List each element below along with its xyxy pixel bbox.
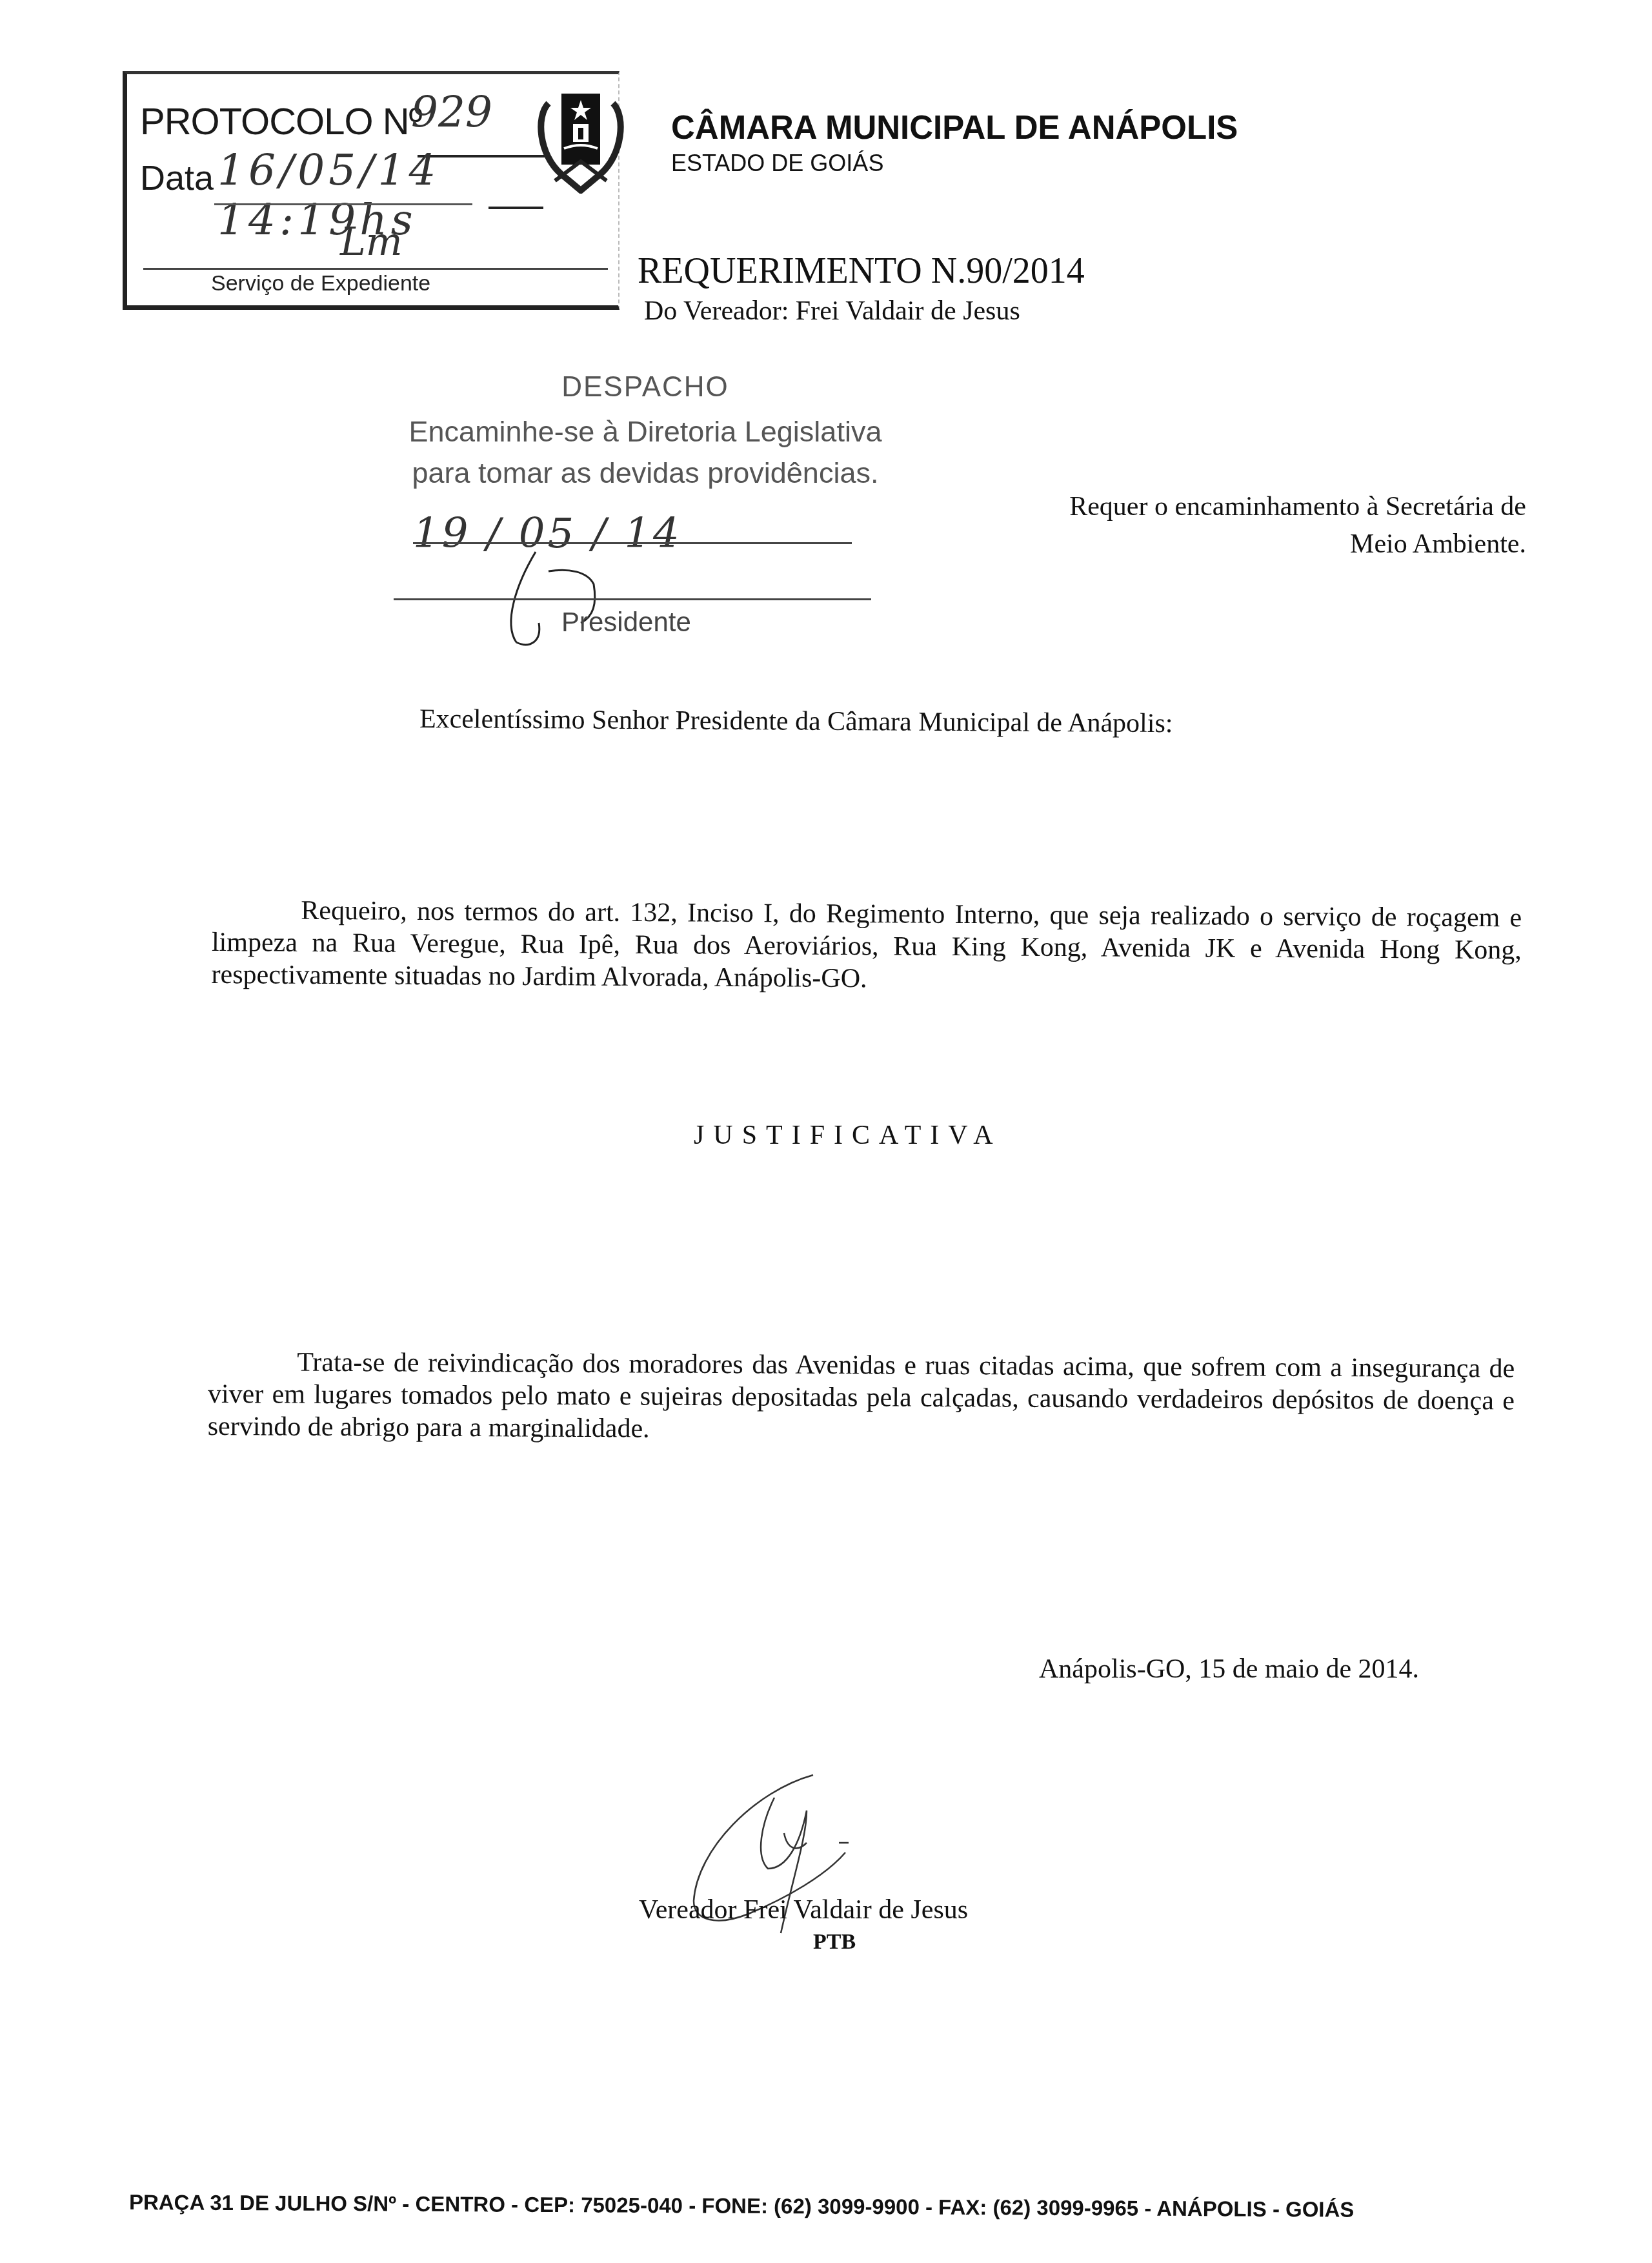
- summary-line-1: Requer o encaminhamento à Secretária de: [942, 488, 1526, 525]
- stamp-initials: Lm: [340, 219, 403, 265]
- coat-of-arms-icon: [536, 84, 626, 194]
- service-label: Serviço de Expediente: [211, 271, 430, 296]
- despacho-signature-line: [394, 598, 871, 600]
- justification-heading: JUSTIFICATIVA: [694, 1120, 1002, 1151]
- despacho-stamp: DESPACHO Encaminhe-se à Diretoria Legisl…: [361, 371, 929, 490]
- place-date: Anápolis-GO, 15 de maio de 2014.: [1039, 1654, 1419, 1685]
- institution-state: ESTADO DE GOIÁS: [671, 150, 883, 177]
- request-body-text: Requeiro, nos termos do art. 132, Inciso…: [212, 896, 1522, 993]
- stamp-signature-line: [143, 268, 608, 270]
- despacho-date-line: [413, 542, 852, 544]
- date-label: Data: [140, 158, 214, 198]
- request-body: Requeiro, nos termos do art. 132, Inciso…: [212, 894, 1522, 999]
- despacho-president-label: Presidente: [561, 607, 691, 638]
- footer-address: PRAÇA 31 DE JULHO S/Nº - CENTRO - CEP: 7…: [129, 2190, 1355, 2222]
- summary-line-2: Meio Ambiente.: [942, 525, 1526, 563]
- protocol-label: PROTOCOLO Nº: [140, 100, 422, 143]
- stamp-date-value: 16/05/14: [217, 145, 439, 195]
- time-underline: [489, 207, 543, 209]
- despacho-line-2: para tomar as devidas providências.: [361, 456, 929, 490]
- request-summary: Requer o encaminhamento à Secretária de …: [942, 488, 1526, 563]
- justification-text: Trata-se de reivindicação dos moradores …: [208, 1348, 1515, 1444]
- request-author: Do Vereador: Frei Valdair de Jesus: [644, 296, 1020, 327]
- justification-body: Trata-se de reivindicação dos moradores …: [208, 1346, 1515, 1450]
- salutation: Excelentíssimo Senhor Presidente da Câma…: [419, 704, 1173, 739]
- despacho-heading: DESPACHO: [361, 371, 929, 403]
- date-underline: [214, 203, 472, 205]
- signer-name: Vereador Frei Valdair de Jesus: [639, 1894, 968, 1925]
- institution-name: CÂMARA MUNICIPAL DE ANÁPOLIS: [671, 108, 1238, 147]
- request-title: REQUERIMENTO N.90/2014: [638, 250, 1085, 292]
- protocol-number: 929: [411, 87, 492, 137]
- despacho-line-1: Encaminhe-se à Diretoria Legislativa: [361, 415, 929, 449]
- signer-party: PTB: [813, 1930, 856, 1954]
